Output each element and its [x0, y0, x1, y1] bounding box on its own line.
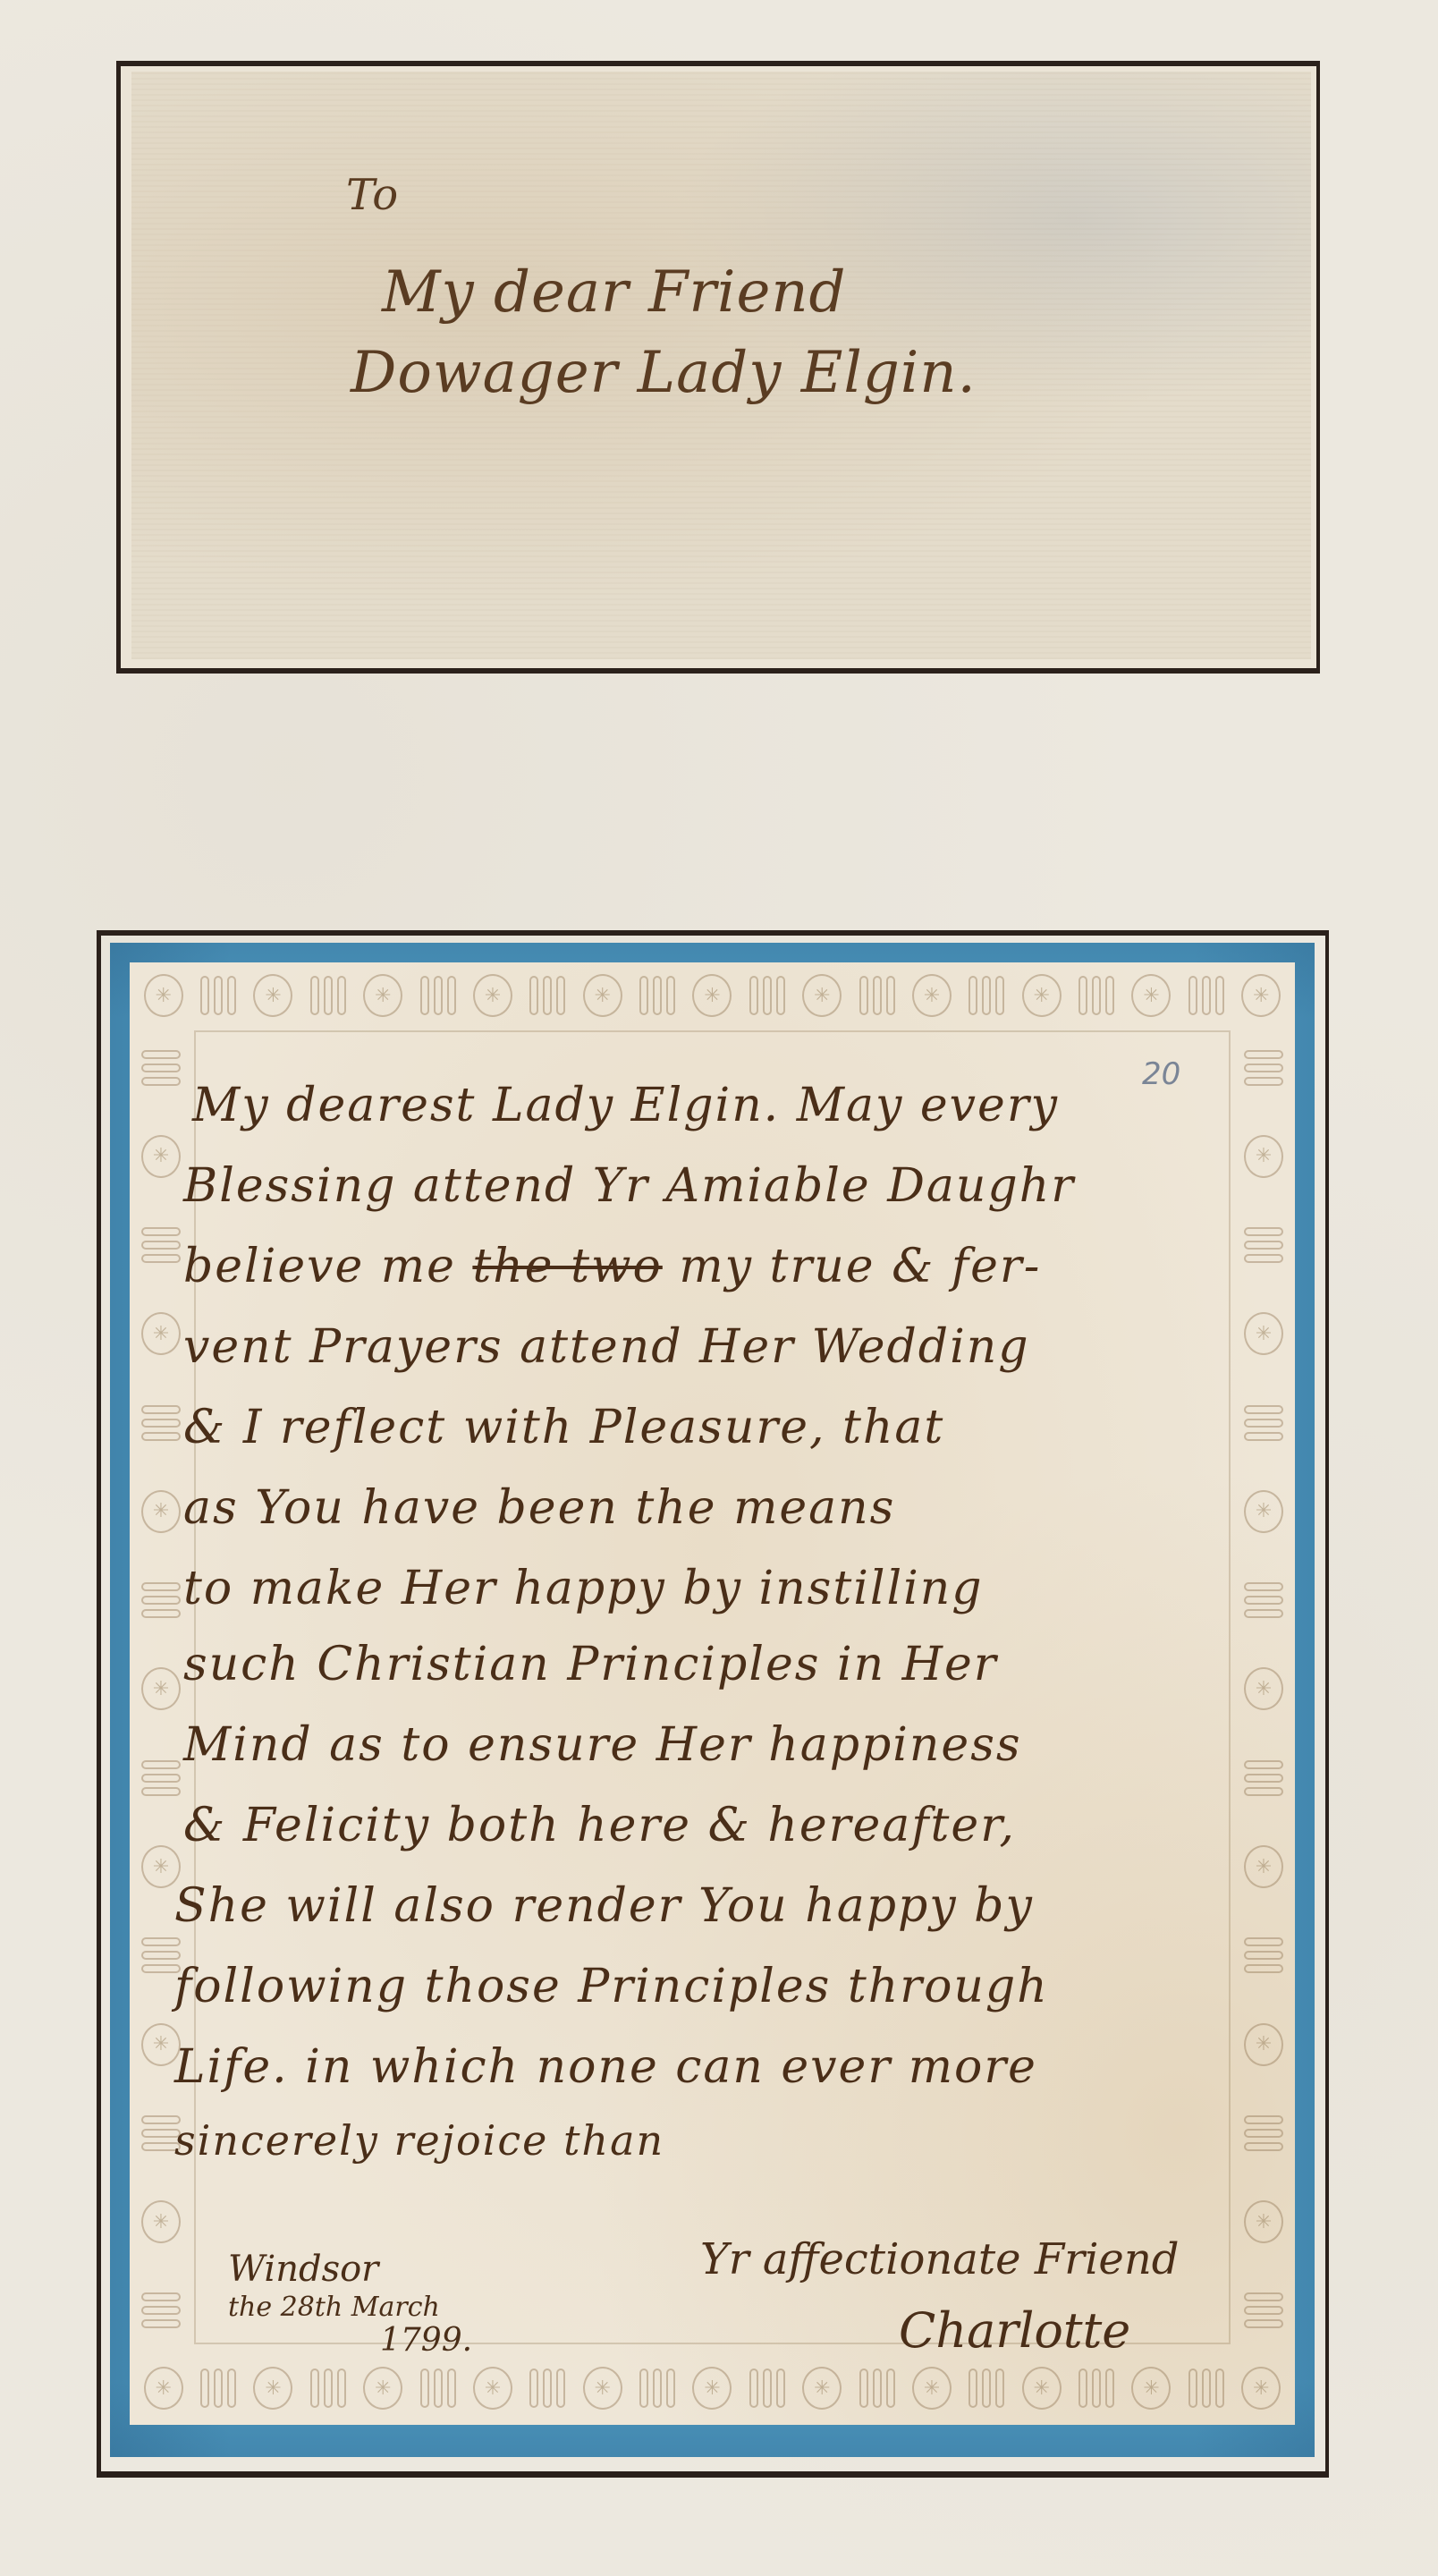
rosette-icon	[583, 974, 622, 1017]
rosette-icon	[473, 974, 512, 1017]
letter-line: Mind as to ensure Her happiness	[183, 1718, 1022, 1772]
flutes-icon	[1244, 1050, 1283, 1086]
rosette-icon	[1131, 2367, 1171, 2410]
address-card-paper: To My dear Friend Dowager Lady Elgin.	[131, 72, 1311, 659]
flutes-icon	[310, 976, 346, 1015]
album-page: To My dear Friend Dowager Lady Elgin.	[0, 0, 1438, 2576]
flutes-icon	[1244, 1937, 1283, 1973]
flutes-icon	[1244, 1405, 1283, 1441]
letter-paper: 20 My dearest Lady Elgin. May every Bles…	[130, 962, 1295, 2425]
flutes-icon	[859, 2368, 895, 2408]
rosette-icon	[141, 1667, 181, 1710]
letter-line: My dearest Lady Elgin. May every	[192, 1079, 1059, 1132]
rosette-icon	[144, 2367, 183, 2410]
letter-line: & Felicity both here & hereafter,	[183, 1799, 1016, 1852]
flutes-icon	[141, 1405, 181, 1441]
rosette-icon	[1022, 974, 1062, 1017]
flutes-icon	[141, 1760, 181, 1796]
letter-line: sincerely rejoice than	[174, 2116, 664, 2165]
letter-line: She will also render You happy by	[174, 1879, 1034, 1933]
flutes-icon	[969, 976, 1004, 1015]
letter-line: such Christian Principles in Her	[183, 1638, 998, 1691]
letter-line: believe me the two my true & fer-	[183, 1240, 1041, 1293]
rosette-icon	[692, 2367, 732, 2410]
rosette-icon	[253, 974, 292, 1017]
catalog-number: 20	[1142, 1056, 1180, 1092]
rosette-icon	[1022, 2367, 1062, 2410]
letter-line-end: my true & fer-	[679, 1240, 1041, 1293]
flutes-icon	[420, 976, 456, 1015]
rosette-icon	[802, 974, 842, 1017]
rosette-icon	[141, 1490, 181, 1533]
rosette-icon	[253, 2367, 292, 2410]
flutes-icon	[1244, 2115, 1283, 2151]
flutes-icon	[749, 2368, 785, 2408]
flutes-icon	[141, 1227, 181, 1263]
flutes-icon	[639, 976, 675, 1015]
embossed-border-top	[130, 970, 1295, 1021]
flutes-icon	[1188, 2368, 1224, 2408]
flutes-icon	[969, 2368, 1004, 2408]
rosette-icon	[1241, 974, 1281, 1017]
rosette-icon	[363, 974, 402, 1017]
address-card: To My dear Friend Dowager Lady Elgin.	[116, 61, 1320, 674]
rosette-icon	[912, 2367, 952, 2410]
flutes-icon	[859, 976, 895, 1015]
address-line-2: Dowager Lady Elgin.	[351, 340, 977, 406]
flutes-icon	[1244, 1582, 1283, 1618]
rosette-icon	[1244, 2200, 1283, 2243]
flutes-icon	[141, 1050, 181, 1086]
rosette-icon	[1244, 1312, 1283, 1355]
rosette-icon	[1244, 1667, 1283, 1710]
letter-line: Blessing attend Yr Amiable Daughr	[183, 1159, 1075, 1213]
rosette-icon	[583, 2367, 622, 2410]
flutes-icon	[1244, 1227, 1283, 1263]
rosette-icon	[1244, 1135, 1283, 1178]
flutes-icon	[200, 976, 236, 1015]
closing-phrase: Yr affectionate Friend	[700, 2234, 1179, 2284]
flutes-icon	[749, 976, 785, 1015]
letter-year: 1799.	[380, 2322, 472, 2359]
signature: Charlotte	[899, 2302, 1130, 2359]
address-to: To	[346, 170, 399, 220]
letter-line: & I reflect with Pleasure, that	[183, 1401, 944, 1454]
flutes-icon	[1078, 2368, 1114, 2408]
flutes-icon	[1078, 976, 1114, 1015]
rosette-icon	[912, 974, 952, 1017]
struck-words: the two	[472, 1240, 662, 1293]
blue-watercolor-border: 20 My dearest Lady Elgin. May every Bles…	[110, 943, 1315, 2457]
letter-line: vent Prayers attend Her Wedding	[183, 1320, 1029, 1374]
letter-line-start: believe me	[183, 1240, 456, 1293]
flutes-icon	[529, 976, 565, 1015]
rosette-icon	[141, 1135, 181, 1178]
rosette-icon	[1244, 2023, 1283, 2066]
flutes-icon	[141, 1582, 181, 1618]
rosette-icon	[363, 2367, 402, 2410]
letter-date: the 28th March	[228, 2292, 440, 2323]
flutes-icon	[310, 2368, 346, 2408]
letter-frame: 20 My dearest Lady Elgin. May every Bles…	[97, 930, 1329, 2478]
letter-line: following those Principles through	[174, 1960, 1049, 2013]
letter-place: Windsor	[228, 2249, 378, 2290]
flutes-icon	[1244, 2292, 1283, 2328]
embossed-border-right	[1238, 1025, 1290, 2353]
rosette-icon	[1131, 974, 1171, 1017]
letter-line: as You have been the means	[183, 1481, 895, 1535]
flutes-icon	[420, 2368, 456, 2408]
flutes-icon	[529, 2368, 565, 2408]
rosette-icon	[141, 2200, 181, 2243]
address-line-1: My dear Friend	[382, 259, 847, 326]
rosette-icon	[1241, 2367, 1281, 2410]
rosette-icon	[473, 2367, 512, 2410]
flutes-icon	[639, 2368, 675, 2408]
letter-line: to make Her happy by instilling	[183, 1562, 984, 1615]
flutes-icon	[1188, 976, 1224, 1015]
rosette-icon	[692, 974, 732, 1017]
rosette-icon	[802, 2367, 842, 2410]
flutes-icon	[141, 2292, 181, 2328]
letter-line: Life. in which none can ever more	[174, 2040, 1037, 2094]
flutes-icon	[1244, 1760, 1283, 1796]
flutes-icon	[200, 2368, 236, 2408]
rosette-icon	[141, 1312, 181, 1355]
rosette-icon	[1244, 1845, 1283, 1888]
rosette-icon	[144, 974, 183, 1017]
embossed-border-bottom	[130, 2362, 1295, 2414]
rosette-icon	[1244, 1490, 1283, 1533]
